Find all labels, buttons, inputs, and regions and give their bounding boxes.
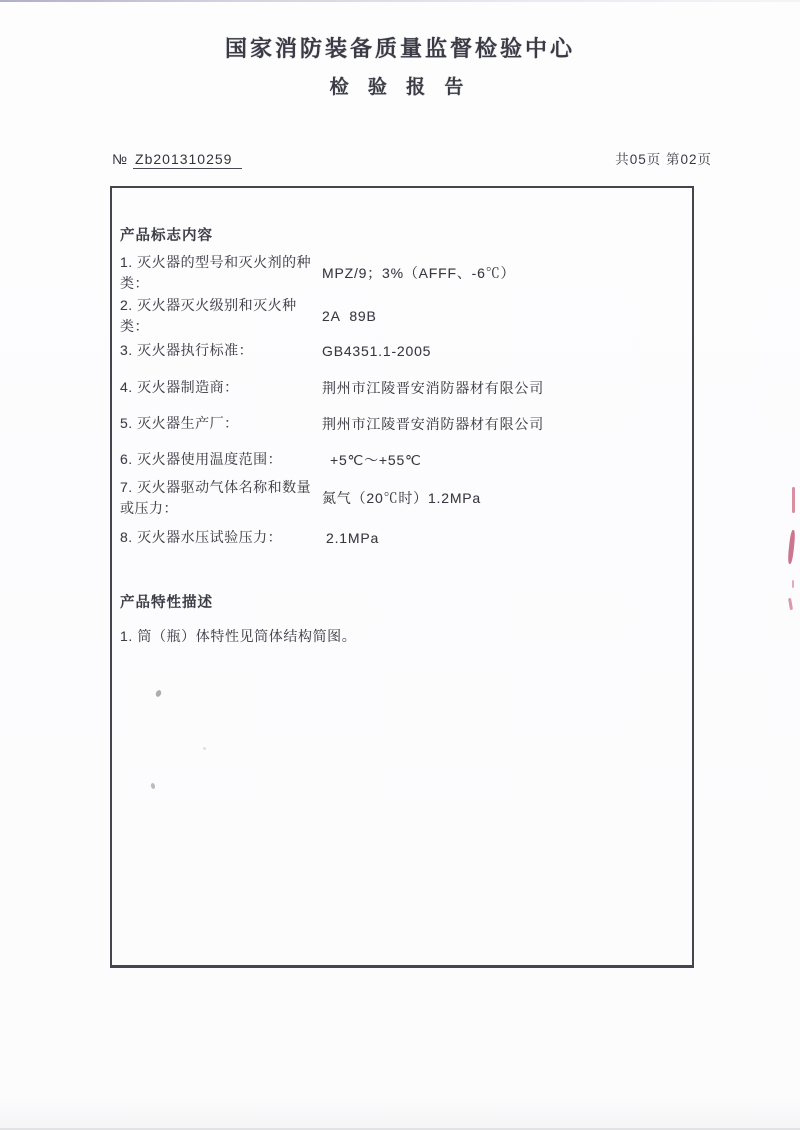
field-value: MPZ/9；3%（AFFF、-6℃） — [318, 263, 515, 283]
field-row-standard: 3. 灭火器执行标准： GB4351.1-2005 — [120, 340, 686, 361]
field-value: 氮气（20℃时）1.2MPa — [318, 488, 481, 508]
document-number-label: № — [112, 151, 127, 167]
field-row-rating-class: 2. 灭火器灭火级别和灭火种 类： 2A 89B — [120, 295, 686, 337]
field-value: +5℃～+55℃ — [318, 450, 422, 470]
organization-title: 国家消防装备质量监督检验中心 — [0, 32, 800, 63]
field-label: 5. 灭火器生产厂： — [120, 413, 318, 434]
field-label: 3. 灭火器执行标准： — [120, 340, 318, 361]
section-header-features: 产品特性描述 — [120, 591, 213, 612]
stamp-bleed-mark — [792, 580, 794, 588]
field-value: 荆州市江陵晋安消防器材有限公司 — [318, 414, 544, 434]
field-value: 荆州市江陵晋安消防器材有限公司 — [318, 378, 544, 398]
report-header: 国家消防装备质量监督检验中心 检 验 报 告 — [0, 32, 800, 99]
report-title: 检 验 报 告 — [0, 72, 800, 99]
field-row-temperature-range: 6. 灭火器使用温度范围： +5℃～+55℃ — [120, 449, 686, 470]
report-content-box: 产品标志内容 1. 灭火器的型号和灭火剂的种 类： MPZ/9；3%（AFFF、… — [110, 186, 694, 968]
scanned-report-page: 国家消防装备质量监督检验中心 检 验 报 告 № Zb201310259 共05… — [0, 0, 800, 1130]
page-count-indicator: 共05页 第02页 — [615, 148, 712, 168]
field-row-factory: 5. 灭火器生产厂： 荆州市江陵晋安消防器材有限公司 — [120, 413, 686, 434]
stamp-bleed-mark — [792, 487, 795, 513]
stamp-bleed-mark — [787, 530, 796, 564]
stamp-bleed-mark — [788, 598, 793, 610]
field-row-hydro-test-pressure: 8. 灭火器水压试验压力： 2.1MPa — [120, 527, 686, 548]
scan-edge-top — [0, 0, 800, 2]
field-value: 2.1MPa — [318, 530, 379, 546]
meta-row: № Zb201310259 共05页 第02页 — [112, 148, 712, 169]
field-label: 2. 灭火器灭火级别和灭火种 类： — [120, 295, 318, 337]
scan-speck — [203, 747, 206, 750]
document-number-value: Zb201310259 — [133, 151, 242, 169]
field-label: 4. 灭火器制造商： — [120, 377, 318, 398]
field-label: 1. 灭火器的型号和灭火剂的种 类： — [120, 252, 318, 294]
feature-item-cylinder: 1. 筒（瓶）体特性见筒体结构简图。 — [120, 626, 356, 646]
field-row-model-agent: 1. 灭火器的型号和灭火剂的种 类： MPZ/9；3%（AFFF、-6℃） — [120, 252, 686, 294]
field-label: 7. 灭火器驱动气体名称和数量 或压力： — [120, 477, 318, 519]
field-value: GB4351.1-2005 — [318, 343, 431, 359]
field-label: 6. 灭火器使用温度范围： — [120, 449, 318, 470]
field-row-manufacturer: 4. 灭火器制造商： 荆州市江陵晋安消防器材有限公司 — [120, 377, 686, 398]
field-label: 8. 灭火器水压试验压力： — [120, 527, 318, 548]
document-number: № Zb201310259 — [112, 151, 242, 169]
field-row-propellant-gas: 7. 灭火器驱动气体名称和数量 或压力： 氮气（20℃时）1.2MPa — [120, 477, 686, 519]
section-header-marking: 产品标志内容 — [120, 224, 213, 245]
field-value: 2A 89B — [318, 308, 377, 324]
